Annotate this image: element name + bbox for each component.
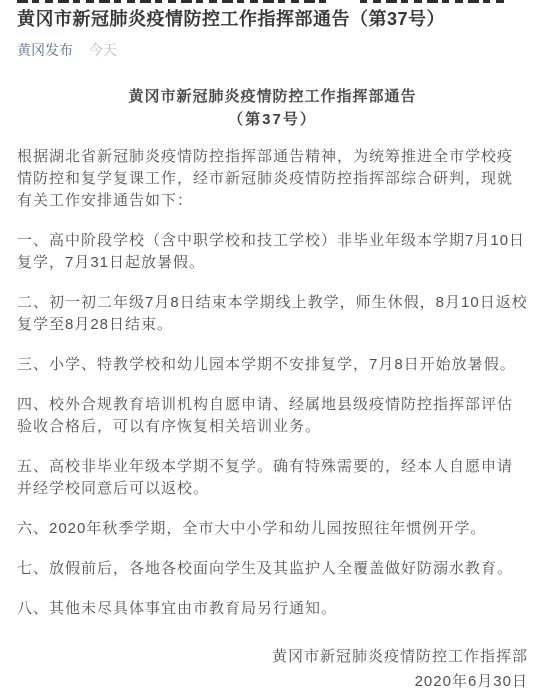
signature: 黄冈市新冠肺炎疫情防控工作指挥部 (17, 644, 528, 669)
signature-block: 黄冈市新冠肺炎疫情防控工作指挥部 2020年6月30日 (17, 644, 528, 694)
byline: 黄冈发布 今天 (17, 42, 528, 58)
notice-item-7: 七、放假前后，各地各校面向学生及其监护人全覆盖做好防溺水教育。 (17, 558, 528, 580)
publish-date: 2020年6月30日 (17, 669, 528, 694)
article-page: 黄冈市新冠肺炎疫情防控工作指挥部通告（第37号） 黄冈发布 今天 黄冈市新冠肺炎… (0, 0, 545, 700)
notice-heading-number: （第37号） (17, 109, 528, 131)
article-title: 黄冈市新冠肺炎疫情防控工作指挥部通告（第37号） (17, 8, 528, 31)
publish-time: 今天 (89, 42, 117, 58)
notice-item-1: 一、高中阶段学校（含中职学校和技工学校）非毕业年级本学期7月10日复学，7月31… (17, 230, 528, 274)
notice-item-5: 五、高校非毕业年级本学期不复学。确有特殊需要的，经本人自愿申请并经学校同意后可以… (17, 456, 528, 500)
notice-item-6: 六、2020年秋季学期，全市大中小学和幼儿园按照往年惯例开学。 (17, 518, 528, 540)
notice-item-4: 四、校外合规教育培训机构自愿申请、经属地县级疫情防控指挥部评估验收合格后，可以有… (17, 394, 528, 438)
account-name-link[interactable]: 黄冈发布 (17, 42, 73, 58)
cropped-text-remnant (17, 0, 506, 3)
intro-paragraph: 根据湖北省新冠肺炎疫情防控指挥部通告精神，为统筹推进全市学校疫情防控和复学复课工… (17, 146, 528, 212)
notice-heading: 黄冈市新冠肺炎疫情防控工作指挥部通告 （第37号） (17, 86, 528, 131)
notice-item-3: 三、小学、特教学校和幼儿园本学期不安排复学，7月8日开始放暑假。 (17, 354, 528, 376)
notice-heading-title: 黄冈市新冠肺炎疫情防控工作指挥部通告 (17, 86, 528, 108)
notice-item-8: 八、其他未尽具体事宜由市教育局另行通知。 (17, 598, 528, 620)
notice-item-2: 二、初一初二年级7月8日结束本学期线上教学，师生休假，8月10日返校复学至8月2… (17, 292, 528, 336)
